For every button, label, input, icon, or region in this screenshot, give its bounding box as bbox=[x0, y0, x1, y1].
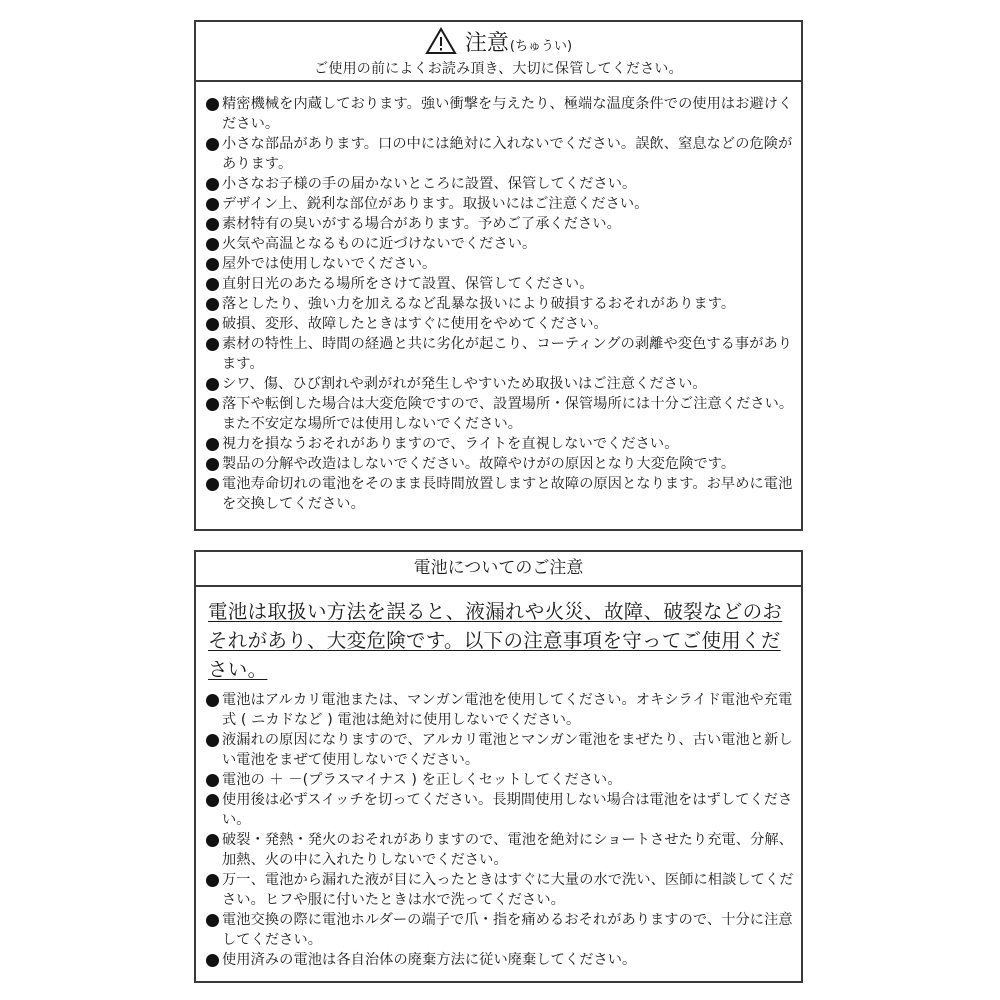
list-item: 小さな部品があります。口の中には絶対に入れないでください。誤飲、窒息などの危険が… bbox=[206, 134, 795, 174]
list-item: 直射日光のあたる場所をさけて設置、保管してください。 bbox=[206, 274, 795, 294]
list-item: 素材特有の臭いがする場合があります。予めご了承ください。 bbox=[206, 214, 795, 234]
list-item: 素材の特性上、時間の経過と共に劣化が起こり、コーティングの剥離や変色する事があり… bbox=[206, 334, 795, 374]
list-item: シワ、傷、ひび割れや剥がれが発生しやすいため取扱いはご注意ください。 bbox=[206, 374, 795, 394]
list-item: 精密機械を内蔵しております。強い衝撃を与えたり、極端な温度条件での使用はお避けく… bbox=[206, 94, 795, 134]
caution-title-row: 注意 (ちゅうい) bbox=[196, 26, 801, 56]
list-item: 視力を損なうおそれがありますので、ライトを直視しないでください。 bbox=[206, 434, 795, 454]
caution-list: 精密機械を内蔵しております。強い衝撃を与えたり、極端な温度条件での使用はお避けく… bbox=[206, 94, 795, 514]
list-item: 電池寿命切れの電池をそのまま長時間放置しますと故障の原因となります。お早めに電池… bbox=[206, 474, 795, 514]
list-item: 落としたり、強い力を加えるなど乱暴な扱いにより破損するおそれがあります。 bbox=[206, 294, 795, 314]
caution-header: 注意 (ちゅうい) ご使用の前によくお読み頂き、大切に保管してください。 bbox=[196, 22, 801, 82]
caution-body: 精密機械を内蔵しております。強い衝撃を与えたり、極端な温度条件での使用はお避けく… bbox=[196, 82, 801, 514]
list-item: 小さなお子様の手の届かないところに設置、保管してください。 bbox=[206, 174, 795, 194]
list-item: 電池はアルカリ電池または、マンガン電池を使用してください。オキシライド電池や充電… bbox=[206, 690, 795, 730]
caution-title: 注意 bbox=[465, 26, 509, 57]
caution-subtitle: ご使用の前によくお読み頂き、大切に保管してください。 bbox=[196, 58, 801, 78]
list-item: 屋外では使用しないでください。 bbox=[206, 254, 795, 274]
battery-intro: 電池は取扱い方法を誤ると、液漏れや火災、故障、破裂などのおそれがあり、大変危険で… bbox=[206, 597, 795, 684]
list-item: 万一、電池から漏れた液が目に入ったときはすぐに大量の水で洗い、医師に相談してくだ… bbox=[206, 870, 795, 910]
list-item: 電池交換の際に電池ホルダーの端子で爪・指を痛めるおそれがありますので、十分に注意… bbox=[206, 910, 795, 950]
list-item: デザイン上、鋭利な部位があります。取扱いにはご注意ください。 bbox=[206, 194, 795, 214]
list-item: 使用済みの電池は各自治体の廃棄方法に従い廃棄してください。 bbox=[206, 950, 795, 970]
battery-body: 電池は取扱い方法を誤ると、液漏れや火災、故障、破裂などのおそれがあり、大変危険で… bbox=[196, 587, 801, 970]
list-item: 製品の分解や改造はしないでください。故障やけがの原因となり大変危険です。 bbox=[206, 454, 795, 474]
list-item: 電池の ＋ －(プラスマイナス ) を正しくセットしてください。 bbox=[206, 770, 795, 790]
list-item: 落下や転倒した場合は大変危険ですので、設置場所・保管場所には十分ご注意ください。… bbox=[206, 394, 795, 434]
list-item: 火気や高温となるものに近づけないでください。 bbox=[206, 234, 795, 254]
battery-list: 電池はアルカリ電池または、マンガン電池を使用してください。オキシライド電池や充電… bbox=[206, 690, 795, 970]
battery-caution-box: 電池についてのご注意 電池は取扱い方法を誤ると、液漏れや火災、故障、破裂などのお… bbox=[194, 550, 803, 983]
list-item: 液漏れの原因になりますので、アルカリ電池とマンガン電池をまぜたり、古い電池と新し… bbox=[206, 730, 795, 770]
list-item: 破損、変形、故障したときはすぐに使用をやめてください。 bbox=[206, 314, 795, 334]
list-item: 破裂・発熱・発火のおそれがありますので、電池を絶対にショートさせたり充電、分解、… bbox=[206, 830, 795, 870]
warning-triangle-icon bbox=[425, 27, 457, 55]
caution-title-reading: (ちゅうい) bbox=[510, 35, 572, 54]
battery-header: 電池についてのご注意 bbox=[196, 552, 801, 587]
caution-box: 注意 (ちゅうい) ご使用の前によくお読み頂き、大切に保管してください。 精密機… bbox=[194, 20, 803, 531]
list-item: 使用後は必ずスイッチを切ってください。長期間使用しない場合は電池をはずしてくださ… bbox=[206, 790, 795, 830]
